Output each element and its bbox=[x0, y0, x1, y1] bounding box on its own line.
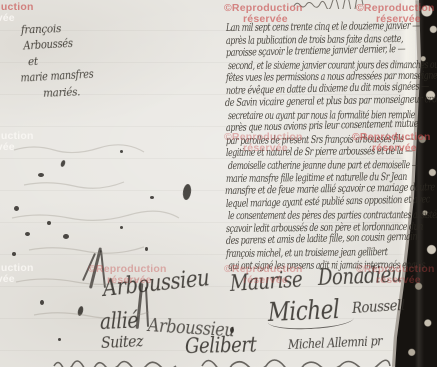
cut-header-handwriting bbox=[293, 0, 365, 9]
act-text-line: legitime et naturel de Sr pierre arbouss… bbox=[226, 146, 380, 160]
ink-blot bbox=[150, 196, 154, 199]
ink-blot bbox=[145, 247, 148, 251]
ink-blot bbox=[25, 232, 30, 236]
act-text-line: françois michel, et un troisieme jean ge… bbox=[226, 246, 380, 260]
margin-note: françois Arboussés et marie mansfres mar… bbox=[21, 19, 108, 102]
ink-blot bbox=[60, 160, 66, 168]
bleed-through-marks bbox=[4, 110, 219, 340]
act-text-line: lequel mariage ayant esté publié sans op… bbox=[226, 194, 382, 210]
act-text-line: des parens et amis de ladite fille, son … bbox=[226, 232, 382, 248]
act-text-line: de Savin vicaire general et plus bas par… bbox=[225, 94, 386, 109]
copyright-watermark: ©Reproduction bbox=[224, 2, 303, 14]
margin-note-line: mariés. bbox=[43, 83, 102, 101]
copyright-watermark: réservée bbox=[0, 273, 15, 285]
ink-blot bbox=[120, 226, 123, 229]
copyright-watermark: réservée bbox=[0, 141, 15, 153]
manuscript-scan-page: françois Arboussés et marie mansfres mar… bbox=[0, 0, 437, 367]
signature-gelibert: Gelibert bbox=[185, 333, 257, 358]
act-text-line: paroisse sçavoir le trentieme janvier de… bbox=[226, 44, 382, 60]
signature-maurise: Maurise bbox=[229, 267, 302, 297]
signature-suitez: Suitez bbox=[101, 331, 144, 352]
cut-bottom-handwriting-line bbox=[52, 357, 392, 367]
ink-blot bbox=[14, 206, 19, 211]
ink-blot bbox=[12, 252, 16, 256]
act-text-line: Lan mil sept cens trente cinq et le douz… bbox=[226, 20, 380, 34]
copyright-watermark: réservée bbox=[0, 12, 15, 24]
signature-roussell: Roussell bbox=[352, 296, 405, 317]
signature-allemni: Michel Allemni pr bbox=[288, 334, 383, 353]
ink-blot bbox=[58, 338, 61, 341]
ink-blot bbox=[38, 173, 44, 177]
ink-blot bbox=[47, 221, 51, 225]
ink-blot bbox=[63, 234, 69, 239]
act-body-text: Lan mil sept cens trente cinq et le douz… bbox=[226, 22, 431, 273]
ink-blot bbox=[40, 300, 44, 305]
signature-arboussieu: Arboussieu bbox=[102, 265, 210, 302]
copyright-watermark: ©Reproduction bbox=[0, 262, 34, 274]
ink-blot bbox=[182, 184, 192, 201]
copyright-watermark: ©Reproduction bbox=[0, 130, 34, 142]
ink-blot bbox=[77, 306, 84, 317]
ink-blot bbox=[120, 150, 123, 153]
signature-donadieu: Donadieu bbox=[318, 262, 403, 291]
copyright-watermark: ©Reproduction bbox=[0, 1, 34, 13]
